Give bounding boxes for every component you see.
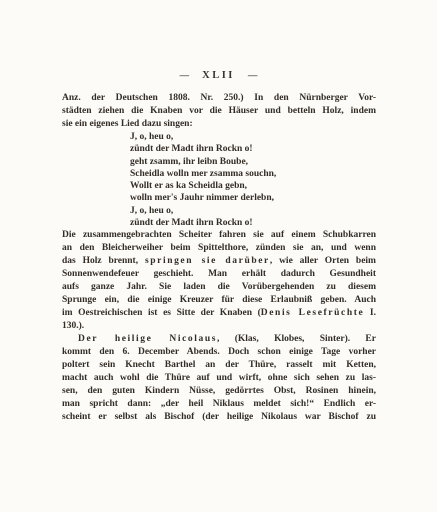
verse-line-1: J, o, heu o,	[130, 131, 376, 143]
folk-song-verse: J, o, heu o, zündt der Madt ihrn Rockn o…	[130, 131, 376, 229]
p3-line-1-mid: , (	[217, 334, 238, 344]
p2-line-5: aufs ganze Jahr. Sie laden die Vorüberge…	[62, 281, 376, 294]
p2-line-3-tail: , wie aller Orten beim	[270, 256, 376, 266]
p2-line-7-text: im Oestreichischen ist es Sitte der Knab…	[62, 308, 261, 318]
paragraph-1: Anz. der Deutschen 1808. Nr. 250.) In de…	[62, 92, 376, 131]
p1-line-2: städten ziehen die Knaben vor die Häuser…	[62, 105, 376, 118]
p3-line-1-tail: ). Er	[345, 334, 376, 344]
header-dash-right: —	[248, 71, 258, 81]
verse-line-3: geht zsamm, ihr leibn Boube,	[130, 156, 376, 168]
p2-line-3-text: das Holz brennt,	[62, 256, 145, 266]
p3-line-6: man spricht dann: „der heil Niklaus meld…	[62, 398, 376, 411]
text-block: Anz. der Deutschen 1808. Nr. 250.) In de…	[62, 92, 376, 424]
p3-line-1-heading: Der heilige Nicolaus	[78, 334, 217, 344]
paragraph-3: Der heilige Nicolaus, (Klas, Klobes, Sin…	[62, 333, 376, 424]
p1-line-1: Anz. der Deutschen 1808. Nr. 250.) In de…	[62, 92, 376, 105]
p2-line-3-emphasized: springen sie darüber	[145, 256, 270, 266]
p2-line-3: das Holz brennt, springen sie darüber, w…	[62, 255, 376, 268]
verse-line-4: Scheidla wolln mer zsamma souchn,	[130, 168, 376, 180]
p3-line-4: macht auch wohl die Thüre auf und wirft,…	[62, 372, 376, 385]
page-number: XLII	[202, 70, 235, 81]
p2-line-1: Die zusammengebrachten Scheiter fahren s…	[62, 229, 376, 242]
header-dash-left: —	[180, 71, 190, 81]
p1-line-3: sie ein eigenes Lied dazu singen:	[62, 118, 376, 131]
p2-line-6: Sprunge ein, die einige Kreuzer für dies…	[62, 294, 376, 307]
p3-line-3: poltert sein Knecht Barthel an der Thüre…	[62, 359, 376, 372]
p3-line-1-names: Klas, Klobes, Sinter	[238, 334, 345, 344]
p2-line-7-citation: Denis Lesefrüchte	[261, 308, 365, 318]
verse-line-2: zündt der Madt ihrn Rockn o!	[130, 143, 376, 155]
p2-line-7: im Oestreichischen ist es Sitte der Knab…	[62, 307, 376, 320]
book-page: —XLII— Anz. der Deutschen 1808. Nr. 250.…	[0, 0, 437, 512]
verse-line-8: zündt der Madt ihrn Rockn o!	[130, 217, 376, 229]
p3-line-1: Der heilige Nicolaus, (Klas, Klobes, Sin…	[62, 333, 376, 346]
p3-line-7: scheint er selbst als Bischof (der heili…	[62, 411, 376, 424]
p2-line-8: 130.).	[62, 320, 376, 333]
paragraph-2: Die zusammengebrachten Scheiter fahren s…	[62, 229, 376, 333]
verse-line-6: wolln mer's Jauhr nimmer derlebn,	[130, 192, 376, 204]
p3-line-5: sen, den guten Kindern Nüsse, gedörrtes …	[62, 385, 376, 398]
p2-line-2: an den Bleicherweiher beim Spittelthore,…	[62, 242, 376, 255]
p2-line-4: Sonnenwendefeuer geschieht. Man erhält d…	[62, 268, 376, 281]
verse-line-7: J, o, heu o,	[130, 205, 376, 217]
page-header: —XLII—	[0, 70, 437, 81]
p3-line-2: kommt den 6. December Abends. Doch schon…	[62, 346, 376, 359]
p2-line-7-tail: I.	[364, 308, 376, 318]
verse-line-5: Wollt er as ka Scheidla gebn,	[130, 180, 376, 192]
